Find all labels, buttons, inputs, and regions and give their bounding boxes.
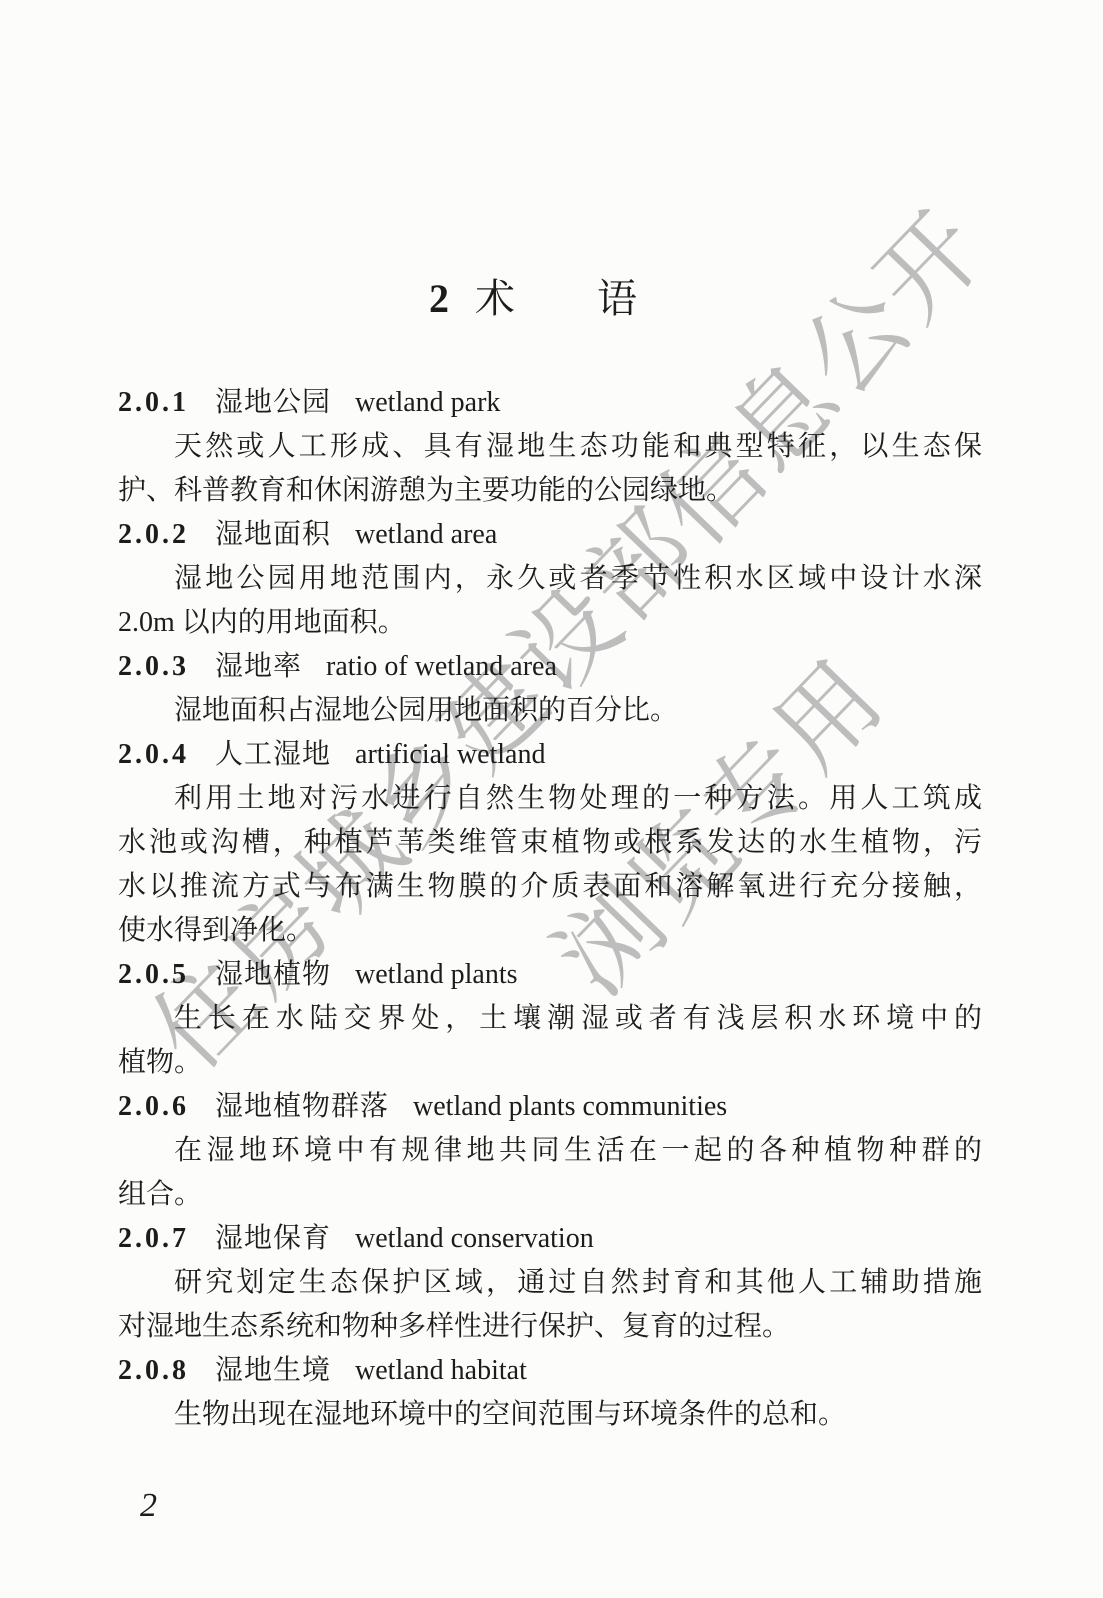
terminology-sections: 2.0.1湿地公园wetland park天然或人工形成、具有湿地生态功能和典型…	[118, 381, 982, 1437]
clause-body-line: 对湿地生态系统和物种多样性进行保护、复育的过程。	[118, 1305, 982, 1349]
clause-term-en: wetland plants communities	[413, 1091, 727, 1122]
clause-body-line: 湿地面积占湿地公园用地面积的百分比。	[118, 689, 982, 733]
clause-heading-2.0.1: 2.0.1湿地公园wetland park	[118, 381, 982, 425]
clause-term-zh: 人工湿地	[215, 739, 331, 770]
clause-body-line: 生长在水陆交界处，土壤潮湿或者有浅层积水环境中的	[118, 997, 982, 1041]
page-number: 2	[140, 1486, 157, 1526]
clause-term-en: artificial wetland	[355, 739, 545, 770]
clause-number: 2.0.5	[118, 959, 189, 990]
clause-term-zh: 湿地面积	[215, 519, 331, 550]
clause-heading-2.0.3: 2.0.3湿地率ratio of wetland area	[118, 645, 982, 689]
clause-body-line: 天然或人工形成、具有湿地生态功能和典型特征，以生态保	[118, 425, 982, 469]
clause-number: 2.0.7	[118, 1223, 189, 1254]
clause-heading-2.0.5: 2.0.5湿地植物wetland plants	[118, 953, 982, 997]
clause-heading-2.0.7: 2.0.7湿地保育wetland conservation	[118, 1217, 982, 1261]
clause-body-line: 水池或沟槽，种植芦苇类维管束植物或根系发达的水生植物，污	[118, 821, 982, 865]
clause-term-en: ratio of wetland area	[326, 651, 557, 682]
clause-term-zh: 湿地植物群落	[215, 1091, 389, 1122]
chapter-title-char-2: 语	[597, 276, 637, 321]
clause-number: 2.0.3	[118, 651, 189, 682]
clause-term-zh: 湿地植物	[215, 959, 331, 990]
document-page: { "title": { "number": "2", "char1": "术"…	[0, 0, 1103, 1598]
clause-term-en: wetland plants	[355, 959, 518, 990]
clause-heading-2.0.6: 2.0.6湿地植物群落wetland plants communities	[118, 1085, 982, 1129]
clause-body-line: 水以推流方式与布满生物膜的介质表面和溶解氧进行充分接触，	[118, 865, 982, 909]
clause-body-line: 在湿地环境中有规律地共同生活在一起的各种植物种群的	[118, 1129, 982, 1173]
clause-body-line: 组合。	[118, 1173, 982, 1217]
clause-term-zh: 湿地公园	[215, 387, 331, 418]
clause-number: 2.0.8	[118, 1355, 189, 1386]
clause-body-line: 利用土地对污水进行自然生物处理的一种方法。用人工筑成	[118, 777, 982, 821]
chapter-title-char-1: 术	[475, 276, 515, 321]
clause-number: 2.0.1	[118, 387, 189, 418]
clause-term-zh: 湿地生境	[215, 1355, 331, 1386]
clause-term-zh: 湿地率	[215, 651, 302, 682]
chapter-number: 2	[429, 276, 449, 321]
clause-term-en: wetland conservation	[355, 1223, 594, 1254]
clause-term-zh: 湿地保育	[215, 1223, 331, 1254]
clause-number: 2.0.4	[118, 739, 189, 770]
clause-number: 2.0.2	[118, 519, 189, 550]
clause-term-en: wetland park	[355, 387, 500, 418]
clause-term-en: wetland habitat	[355, 1355, 527, 1386]
clause-term-en: wetland area	[355, 519, 497, 550]
clause-body-line: 2.0m 以内的用地面积。	[118, 601, 982, 645]
clause-heading-2.0.2: 2.0.2湿地面积wetland area	[118, 513, 982, 557]
clause-body-line: 研究划定生态保护区域，通过自然封育和其他人工辅助措施	[118, 1261, 982, 1305]
clause-heading-2.0.8: 2.0.8湿地生境wetland habitat	[118, 1349, 982, 1393]
clause-number: 2.0.6	[118, 1091, 189, 1122]
chapter-title: 2术语	[101, 277, 965, 321]
clause-heading-2.0.4: 2.0.4人工湿地artificial wetland	[118, 733, 982, 777]
clause-body-line: 植物。	[118, 1041, 982, 1085]
clause-body-line: 护、科普教育和休闲游憩为主要功能的公园绿地。	[118, 469, 982, 513]
clause-body-line: 使水得到净化。	[118, 909, 982, 953]
clause-body-line: 生物出现在湿地环境中的空间范围与环境条件的总和。	[118, 1393, 982, 1437]
clause-body-line: 湿地公园用地范围内，永久或者季节性积水区域中设计水深	[118, 557, 982, 601]
